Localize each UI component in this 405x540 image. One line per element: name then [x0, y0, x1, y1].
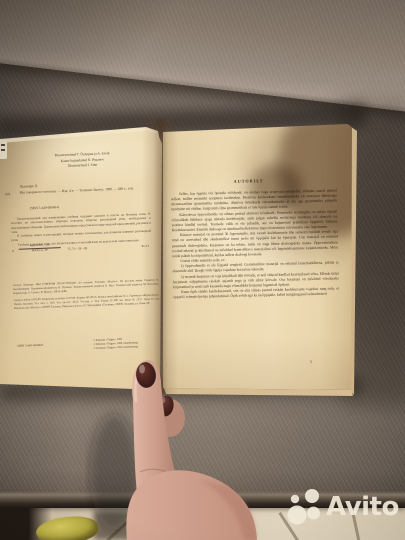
nail-highlight [139, 365, 145, 374]
photo-scene: Retsenseerinud T. Õunapuu ja A. Sivak Ka… [0, 0, 405, 540]
avito-watermark: Avito [286, 487, 399, 527]
holding-hand [0, 0, 405, 540]
avito-logo-icon [286, 487, 322, 527]
avito-wordmark: Avito [326, 492, 399, 522]
